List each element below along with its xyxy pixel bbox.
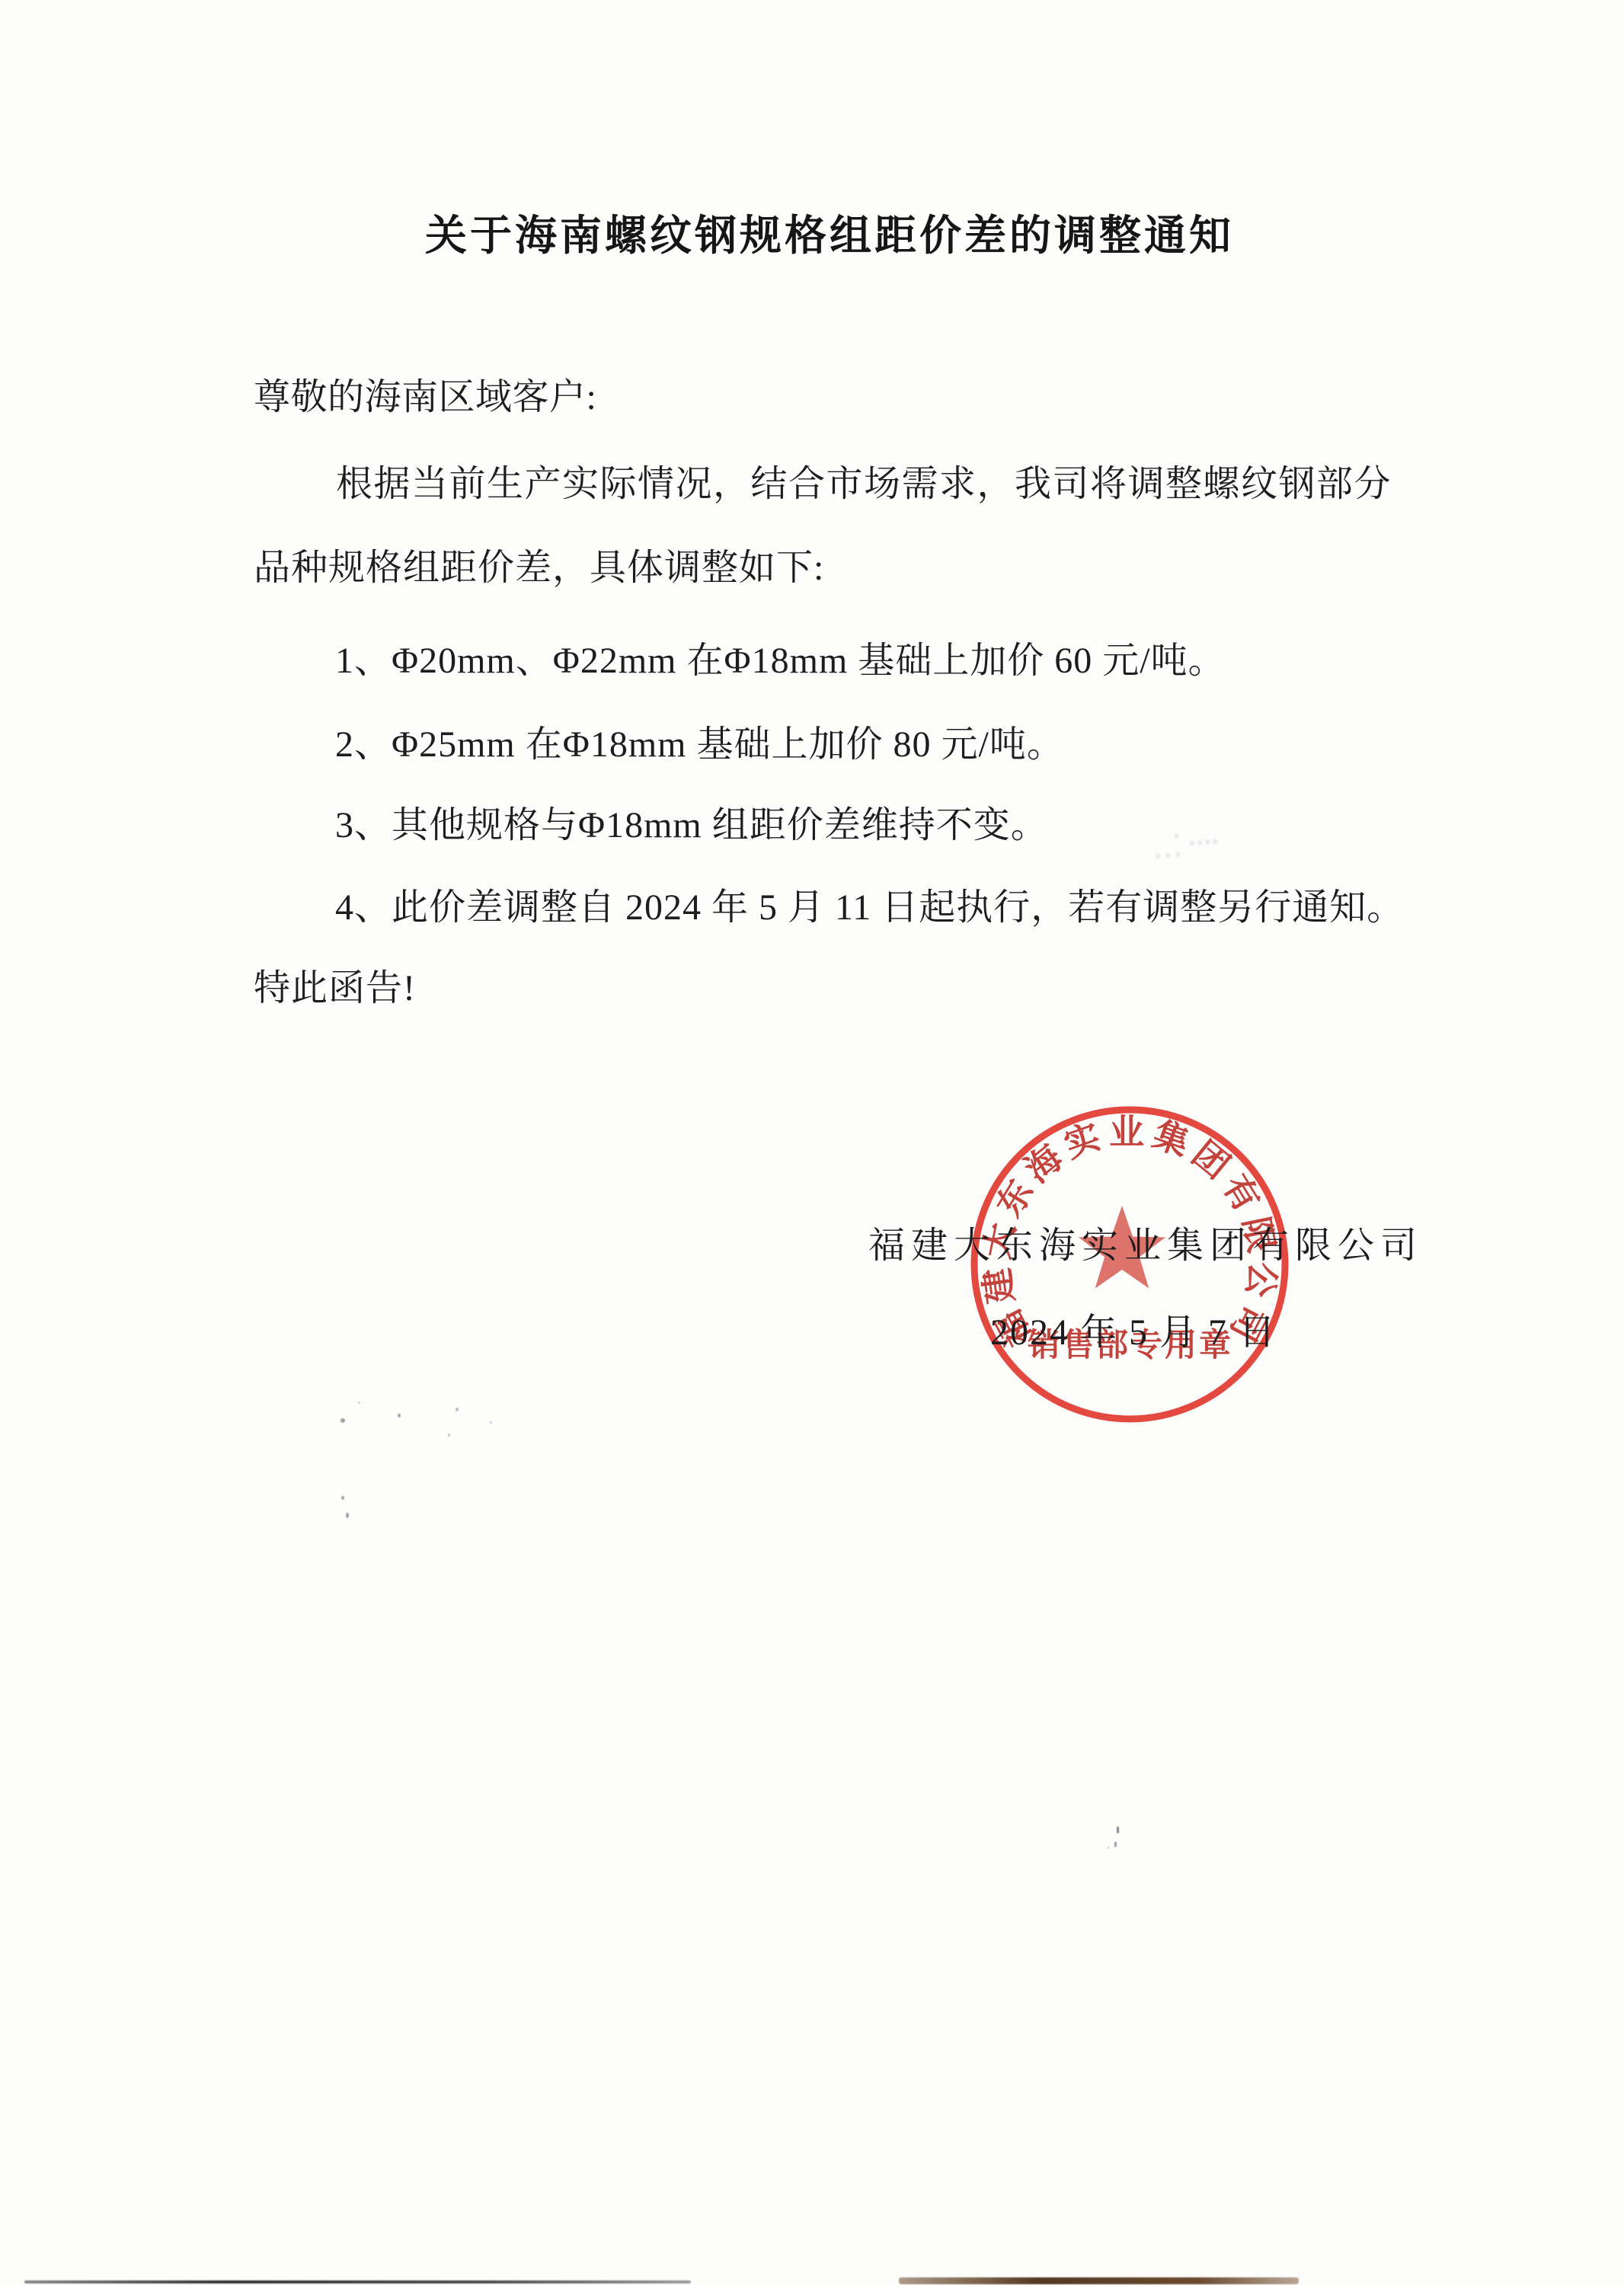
body-line-1: 根据当前生产实际情况，结合市场需求，我司将调整螺纹钢部分 bbox=[336, 465, 1392, 505]
scan-artifact-dot bbox=[1117, 1826, 1119, 1833]
scanned-notice-page: 关于海南螺纹钢规格组距价差的调整通知 尊敬的海南区域客户: 根据当前生产实际情况… bbox=[0, 0, 1624, 2285]
scan-edge-dark-line bbox=[24, 2280, 691, 2283]
scan-artifact-dot bbox=[346, 1513, 349, 1518]
list-item-2: 2、Φ25mm 在Φ18mm 基础上加价 80 元/吨。 bbox=[335, 725, 1064, 765]
scan-artifact-dot bbox=[341, 1496, 344, 1500]
closing-phrase: 特此函告! bbox=[254, 969, 416, 1009]
list-item-3: 3、其他规格与Φ18mm 组距价差维持不变。 bbox=[335, 806, 1048, 846]
scan-artifact-dot bbox=[340, 1418, 345, 1423]
list-item-4: 4、此价差调整自 2024 年 5 月 11 日起执行，若有调整另行通知。 bbox=[335, 888, 1404, 928]
scan-edge-brown-line bbox=[899, 2277, 1299, 2284]
page-title: 关于海南螺纹钢规格组距价差的调整通知 bbox=[425, 212, 1234, 260]
scan-artifact-dot bbox=[1114, 1842, 1117, 1847]
signature-date: 2024 年 5 月 7 日 bbox=[990, 1302, 1277, 1355]
signature-company: 福建大东海实业集团有限公司 bbox=[868, 1216, 1423, 1268]
scan-artifact-dot bbox=[448, 1433, 450, 1437]
list-item-1: 1、Φ20mm、Φ22mm 在Φ18mm 基础上加价 60 元/吨。 bbox=[335, 641, 1226, 682]
salutation: 尊敬的海南区域客户: bbox=[254, 378, 596, 418]
scan-artifact-dot bbox=[490, 1421, 492, 1424]
body-line-2: 品种规格组距价差，具体调整如下: bbox=[254, 548, 824, 589]
scan-artifact-dot bbox=[456, 1408, 459, 1411]
scan-artifact-smudge: ‥⁚᠁ bbox=[1150, 810, 1220, 868]
scan-artifact-dot bbox=[1108, 1846, 1109, 1849]
scan-artifact-dot bbox=[358, 1401, 360, 1404]
scan-artifact-dot bbox=[398, 1414, 401, 1417]
